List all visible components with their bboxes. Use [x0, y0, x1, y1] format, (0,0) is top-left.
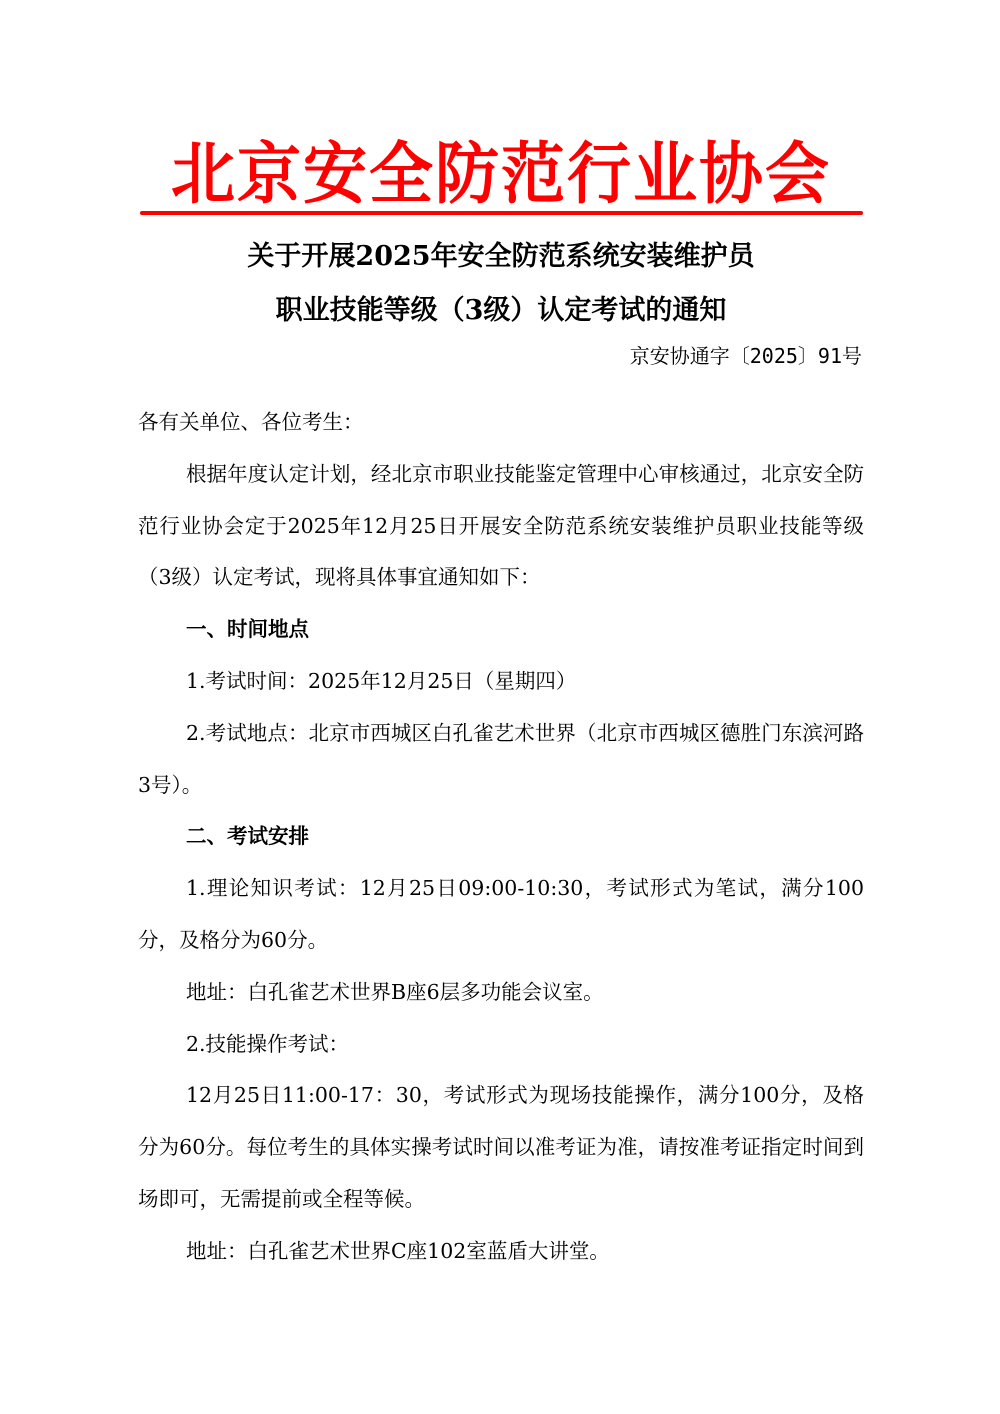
document-body: 各有关单位、各位考生： 根据年度认定计划，经北京市职业技能鉴定管理中心审核通过，…: [138, 397, 864, 1278]
exam-time-paragraph: 1.考试时间：2025年12月25日（星期四）: [138, 656, 864, 708]
masthead-red-rule: [140, 211, 863, 215]
theory-exam-paragraph: 1.理论知识考试：12月25日09:00-10:30，考试形式为笔试，满分100…: [138, 863, 864, 967]
theory-exam-address: 地址：白孔雀艺术世界B座6层多功能会议室。: [138, 967, 864, 1019]
intro-paragraph: 根据年度认定计划，经北京市职业技能鉴定管理中心审核通过，北京安全防范行业协会定于…: [138, 449, 864, 604]
document-page: 北京安全防范行业协会 关于开展2025年安全防范系统安装维护员 职业技能等级（3…: [0, 0, 1000, 1414]
salutation: 各有关单位、各位考生：: [138, 397, 864, 449]
section-heading-exam-arrangement: 二、考试安排: [138, 811, 864, 863]
document-title-line-2: 职业技能等级（3级）认定考试的通知: [140, 284, 862, 338]
document-number: 京安协通字〔2025〕91号: [630, 340, 862, 372]
document-title-line-1: 关于开展2025年安全防范系统安装维护员: [140, 230, 862, 284]
masthead-org-name: 北京安全防范行业协会: [140, 133, 862, 217]
section-heading-time-location: 一、时间地点: [138, 604, 864, 656]
exam-location-paragraph: 2.考试地点：北京市西城区白孔雀艺术世界（北京市西城区德胜门东滨河路3号）。: [138, 708, 864, 812]
skills-exam-paragraph: 12月25日11:00-17：30，考试形式为现场技能操作，满分100分，及格分…: [138, 1070, 864, 1225]
skills-exam-address: 地址：白孔雀艺术世界C座102室蓝盾大讲堂。: [138, 1226, 864, 1278]
document-title: 关于开展2025年安全防范系统安装维护员 职业技能等级（3级）认定考试的通知: [140, 230, 862, 338]
skills-exam-label: 2.技能操作考试：: [138, 1019, 864, 1071]
